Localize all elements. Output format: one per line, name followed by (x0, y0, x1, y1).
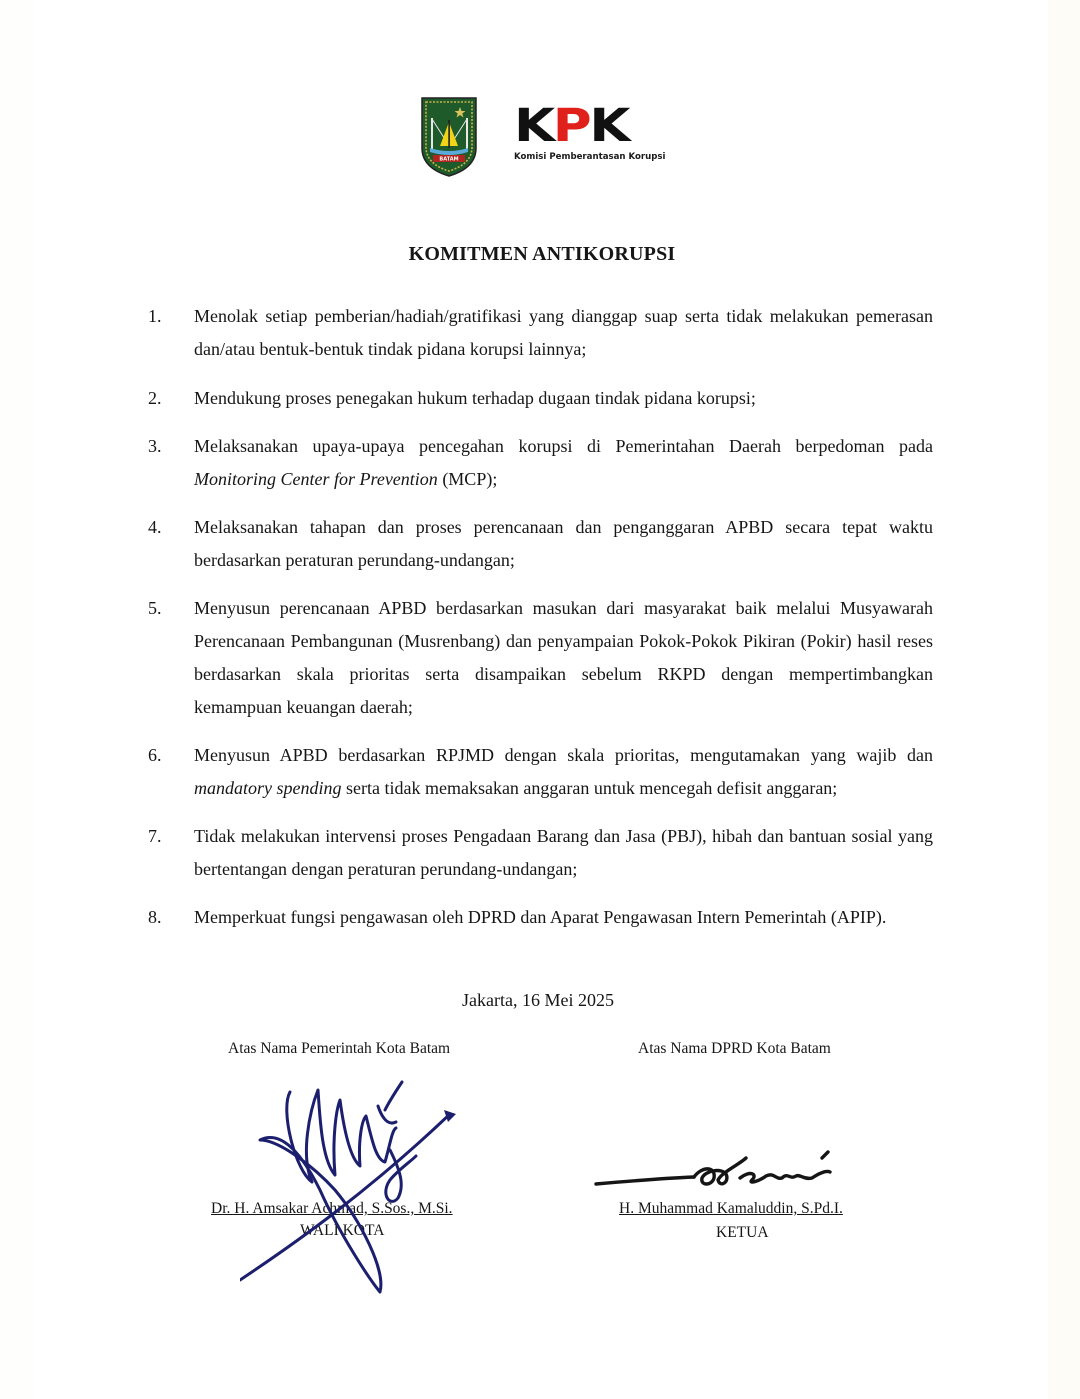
document-title: KOMITMEN ANTIKORUPSI (0, 243, 1080, 266)
commitment-item-8: 8. Memperkuat fungsi pengawasan oleh DPR… (148, 901, 933, 934)
item-number: 7. (148, 820, 162, 853)
commitment-item-6: 6. Menyusun APBD berdasarkan RPJMD denga… (148, 739, 933, 805)
kpk-letter-p: P (553, 99, 590, 152)
commitment-item-5: 5. Menyusun perencanaan APBD berdasarkan… (148, 592, 933, 724)
item-number: 6. (148, 739, 162, 772)
item-text: Memperkuat fungsi pengawasan oleh DPRD d… (194, 901, 933, 934)
place-date: Jakarta, 16 Mei 2025 (0, 990, 1076, 1011)
item-text-italic: mandatory spending (194, 778, 342, 798)
item-text-part: Melaksanakan upaya-upaya pencegahan koru… (194, 436, 933, 456)
commitment-item-2: 2. Mendukung proses penegakan hukum terh… (148, 382, 933, 415)
kpk-wordmark: KPK (514, 106, 693, 146)
document-page: BATAM KPK Komisi Pemberantasan Korupsi K… (0, 0, 1080, 1399)
kpk-logo: KPK Komisi Pemberantasan Korupsi (514, 106, 666, 162)
kpk-letter-k1: K (514, 99, 553, 152)
header-logos: BATAM KPK Komisi Pemberantasan Korupsi (420, 96, 666, 180)
item-number: 4. (148, 511, 162, 544)
kpk-subtitle: Komisi Pemberantasan Korupsi (514, 152, 666, 162)
item-text: Tidak melakukan intervensi proses Pengad… (194, 820, 933, 886)
batam-emblem-icon: BATAM (420, 96, 478, 178)
commitment-item-3: 3. Melaksanakan upaya-upaya pencegahan k… (148, 430, 933, 496)
svg-text:BATAM: BATAM (439, 157, 458, 163)
right-signatory-label: Atas Nama DPRD Kota Batam (638, 1040, 831, 1058)
item-text-italic: Monitoring Center for Prevention (194, 469, 438, 489)
scan-edge-left (0, 0, 34, 1399)
item-text: Melaksanakan upaya-upaya pencegahan koru… (194, 430, 933, 496)
commitment-item-4: 4. Melaksanakan tahapan dan proses peren… (148, 511, 933, 577)
item-text: Melaksanakan tahapan dan proses perencan… (194, 511, 933, 577)
item-text: Menolak setiap pemberian/hadiah/gratifik… (194, 300, 933, 366)
item-text: Menyusun perencanaan APBD berdasarkan ma… (194, 592, 933, 724)
item-text: Mendukung proses penegakan hukum terhada… (194, 382, 933, 415)
kpk-letter-k2: K (589, 99, 628, 152)
commitment-item-7: 7. Tidak melakukan intervensi proses Pen… (148, 820, 933, 886)
item-number: 1. (148, 300, 162, 333)
left-signatory-name: Dr. H. Amsakar Achmad, S.Sos., M.Si. (211, 1200, 453, 1218)
left-signatory-role: WALI KOTA (300, 1222, 384, 1240)
item-number: 2. (148, 382, 162, 415)
item-number: 8. (148, 901, 162, 934)
item-number: 5. (148, 592, 162, 625)
item-text-part: (MCP); (438, 469, 498, 489)
commitment-list: 1. Menolak setiap pemberian/hadiah/grati… (148, 300, 933, 934)
signature-left-icon (240, 1070, 480, 1310)
right-signatory-role: KETUA (716, 1224, 769, 1242)
item-number: 3. (148, 430, 162, 463)
scan-edge-right (1048, 0, 1080, 1399)
item-text: Menyusun APBD berdasarkan RPJMD dengan s… (194, 739, 933, 805)
left-signatory-label: Atas Nama Pemerintah Kota Batam (228, 1040, 450, 1058)
item-text-part: Menyusun APBD berdasarkan RPJMD dengan s… (194, 745, 933, 765)
item-text-part: serta tidak memaksakan anggaran untuk me… (342, 778, 838, 798)
commitment-item-1: 1. Menolak setiap pemberian/hadiah/grati… (148, 300, 933, 366)
signature-right-icon (590, 1148, 850, 1198)
right-signatory-name: H. Muhammad Kamaluddin, S.Pd.I. (619, 1200, 843, 1218)
